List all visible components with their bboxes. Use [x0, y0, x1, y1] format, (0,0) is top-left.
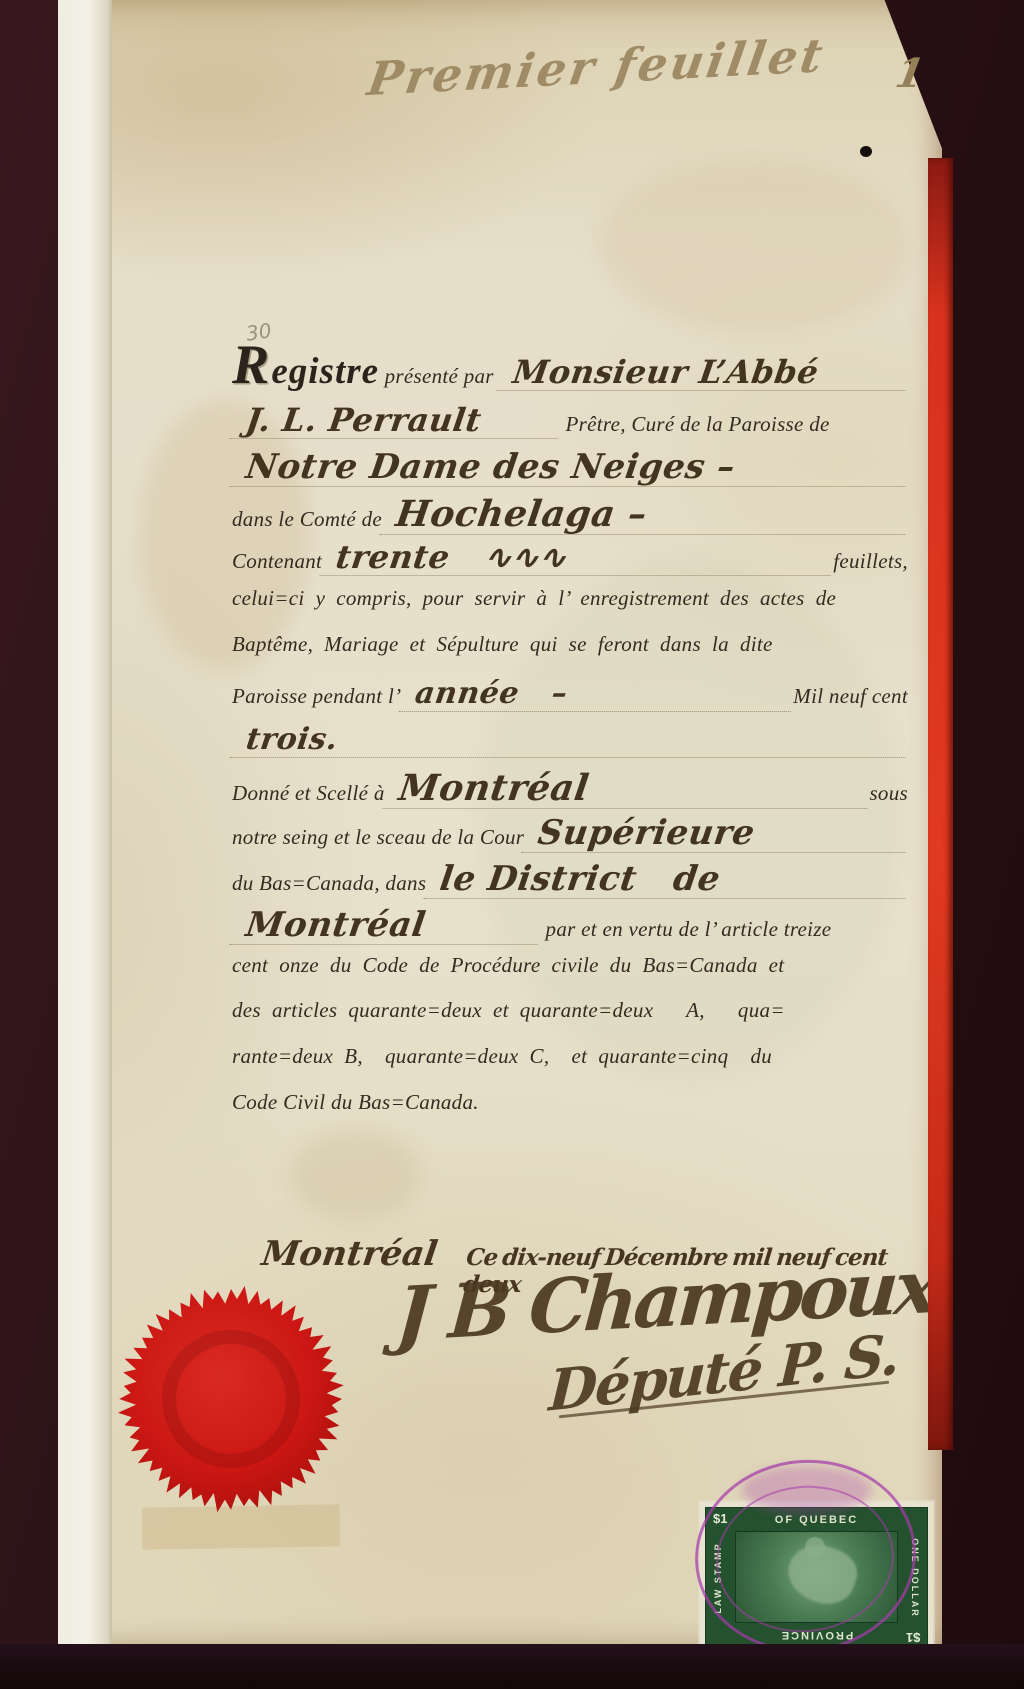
printed-text: Code Civil du Bas=Canada. — [232, 1091, 479, 1114]
handwritten-entry: Montréal — [229, 908, 542, 945]
handwritten-entry: Hochelaga – — [379, 496, 910, 535]
handwritten-entry: Supérieure — [522, 816, 911, 853]
printed-text: Mil neuf cent — [793, 685, 908, 708]
form-line: Donné et Scellé àMontréalsous — [232, 770, 908, 816]
printed-text: présenté par — [379, 365, 499, 388]
printed-text: Contenant — [232, 550, 322, 573]
form-line: des articles quarante=deux et quarante=d… — [232, 999, 908, 1045]
handwritten-entry: Monsieur L’Abbé — [497, 356, 911, 391]
printed-text: des articles quarante=deux et quarante=d… — [232, 999, 785, 1022]
printed-text: notre seing et le sceau de la Cour — [232, 826, 524, 849]
form-line: du Bas=Canada, dansle District de — [232, 862, 908, 908]
handwritten-entry: Notre Dame des Neiges – — [229, 450, 910, 487]
handwritten-entry: le District de — [424, 862, 911, 899]
ink-dot — [860, 146, 872, 157]
form-line: Baptême, Mariage et Sépulture qui se fer… — [232, 633, 908, 679]
stamp-denomination: $1 — [906, 1630, 920, 1645]
printed-text: sous — [869, 782, 908, 805]
printed-text: cent onze du Code de Procédure civile du… — [232, 954, 784, 977]
handwritten-entry: trente ∿∿∿ — [320, 541, 836, 576]
form-line: Notre Dame des Neiges – — [232, 450, 908, 496]
page-guard-edge — [58, 0, 112, 1652]
printed-text: Baptême, Mariage et Sépulture qui se fer… — [232, 633, 773, 656]
form-line: trois. — [232, 725, 908, 771]
paper-stain — [600, 160, 910, 330]
seal-starburst — [118, 1286, 344, 1512]
form-line: Contenanttrente ∿∿∿feuillets, — [232, 541, 908, 587]
form-line: Registre présenté par Monsieur L’Abbé — [232, 340, 908, 404]
handwritten-entry: trois. — [230, 725, 911, 758]
printed-text: du Bas=Canada, dans — [232, 872, 426, 895]
cover-bottom-edge — [0, 1644, 1024, 1689]
paper-stain — [290, 1130, 420, 1220]
printed-text: egistre — [271, 353, 379, 390]
printed-text: Paroisse pendant l’ — [232, 685, 401, 708]
handwritten-entry: année – — [399, 679, 796, 712]
printed-text: celui=ci y compris, pour servir à l’ enr… — [232, 587, 836, 610]
printed-text: dans le Comté de — [232, 508, 382, 531]
form-line: notre seing et le sceau de la CourSupéri… — [232, 816, 908, 862]
printed-text: par et en vertu de l’ article treize — [540, 918, 831, 941]
form-line: rante=deux B, quarante=deux C, et quaran… — [232, 1045, 908, 1091]
handwritten-entry: J. L. Perrault — [230, 404, 563, 439]
form-line: dans le Comté deHochelaga – — [232, 496, 908, 542]
form-line: Code Civil du Bas=Canada. — [232, 1091, 908, 1137]
form-lines: Registre présenté par Monsieur L’AbbéJ. … — [232, 340, 908, 1137]
ornate-initial: R — [232, 340, 269, 390]
printed-text: rante=deux B, quarante=deux C, et quaran… — [232, 1045, 772, 1068]
form-line: J. L. Perrault Prêtre, Curé de la Parois… — [232, 404, 908, 450]
scanned-register-photo: Premier feuillet 1 30 Registre présenté … — [0, 0, 1024, 1689]
closing-place: Montréal — [259, 1234, 440, 1274]
wax-seal — [116, 1284, 346, 1514]
printed-text: Donné et Scellé à — [232, 782, 385, 805]
form-line: Paroisse pendant l’année –Mil neuf cent — [232, 679, 908, 725]
book-fore-edge — [928, 158, 953, 1450]
form-line: Montréal par et en vertu de l’ article t… — [232, 908, 908, 954]
form-line: cent onze du Code de Procédure civile du… — [232, 954, 908, 1000]
printed-text: feuillets, — [833, 550, 908, 573]
form-line: celui=ci y compris, pour servir à l’ enr… — [232, 587, 908, 633]
printed-text: Prêtre, Curé de la Paroisse de — [560, 413, 830, 436]
handwritten-entry: Montréal — [382, 770, 872, 809]
